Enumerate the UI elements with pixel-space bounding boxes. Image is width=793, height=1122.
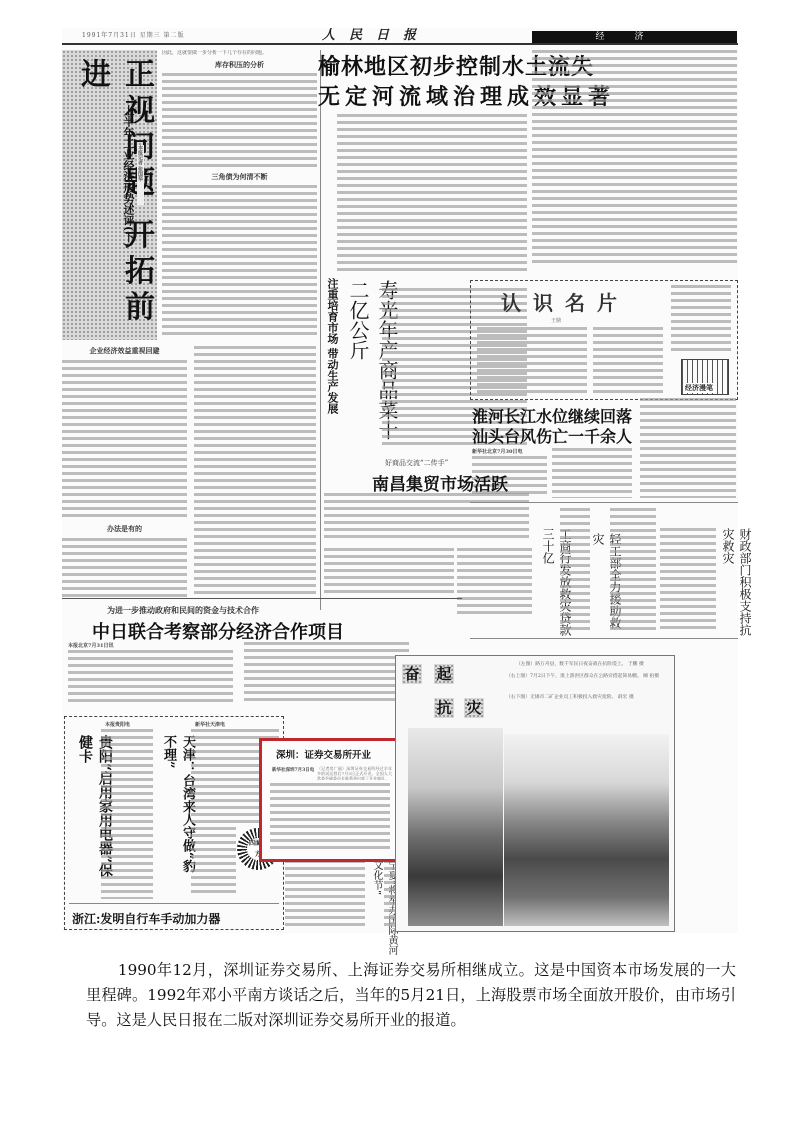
column-tag-box: 经济漫笔 bbox=[681, 359, 729, 395]
business-card-byline: 王鼎 bbox=[551, 317, 561, 324]
article-text bbox=[610, 508, 656, 633]
guiyang-byline: 本报贵阳电 bbox=[105, 721, 130, 728]
nanchang-headline: 南昌集贸市场活跃 bbox=[372, 470, 508, 495]
lead-byline: 本报记者 张国华 bbox=[137, 145, 144, 205]
zhejiang-headline: 浙江:发明自行车手动加力器 bbox=[72, 910, 220, 927]
article-text bbox=[324, 548, 454, 593]
article-text bbox=[337, 114, 527, 274]
lead-article-body: 因此，这就要做一步分析一下几个存在的问题。 库存积压的分析 三角债为何清不断 bbox=[162, 50, 317, 340]
article-text bbox=[457, 548, 532, 618]
article-text bbox=[560, 508, 590, 633]
article-text bbox=[593, 327, 663, 395]
article-text bbox=[162, 73, 317, 168]
article-text bbox=[162, 185, 317, 335]
lead-intro: 因此，这就要做一步分析一下几个存在的问题。 bbox=[162, 50, 317, 57]
business-card-column: 认识名片 王鼎 经济漫笔 bbox=[470, 280, 738, 400]
photo-title-char: 起 bbox=[434, 664, 454, 684]
dateline: 1991年7月31日 星期三 第二版 bbox=[82, 30, 185, 39]
photo-feature: 奋 起 抗 灾 （左图）路万舟县，数千军民日夜奋战在抗险堤上。 于鹏 摄 （右上… bbox=[395, 655, 675, 932]
article-text bbox=[532, 50, 737, 265]
article-text bbox=[62, 538, 187, 598]
article-text bbox=[191, 827, 236, 897]
article-text bbox=[640, 398, 736, 498]
caption-paragraph: 1990年12月，深圳证券交易所、上海证券交易所相继成立。这是中国资本市场发展的… bbox=[86, 958, 736, 1033]
photo-title-char: 奋 bbox=[402, 664, 422, 684]
sino-japan-kicker: 为进一步推动政府和民间的资金与技术合作 bbox=[107, 605, 259, 616]
rule bbox=[69, 903, 279, 904]
shenzhen-lead: （记者房广福）深圳证券交易所经过半年多的试运营后7月3日正式开业。全国人大常委会… bbox=[317, 766, 392, 780]
lead-headline: 正视问题 开拓前进 bbox=[70, 58, 158, 338]
sino-japan-byline: 本报北京7月31日讯 bbox=[68, 642, 113, 649]
article-text bbox=[244, 642, 409, 705]
section-tag: 经济 bbox=[532, 31, 737, 43]
business-card-headline: 认识名片 bbox=[501, 287, 629, 316]
newspaper-page: 1991年7月31日 星期三 第二版 人民日报 经济 正视问题 开拓前进 上半年… bbox=[62, 28, 738, 933]
photo-title-char: 抗 bbox=[434, 698, 454, 718]
huaihe-headline-2: 汕头台风伤亡一千余人 bbox=[472, 424, 632, 447]
article-text bbox=[270, 783, 390, 853]
article-text bbox=[660, 528, 716, 633]
local-news-box: 贵阳“启用家用电器”保健卡 本报贵阳电 天津：台湾来人守做“豹不理” 新华社天津… bbox=[64, 716, 284, 930]
section-heading: 三角债为何清不断 bbox=[162, 172, 317, 182]
section-heading: 办法是有的 bbox=[62, 524, 187, 534]
article-text bbox=[477, 327, 587, 395]
rule bbox=[470, 638, 738, 639]
huaihe-byline: 新华社北京7月30日电 bbox=[472, 448, 522, 455]
flood-photo-right bbox=[504, 734, 669, 926]
newspaper-name: 人民日报 bbox=[322, 24, 430, 43]
rule bbox=[62, 598, 462, 599]
rule bbox=[470, 502, 738, 503]
article-text bbox=[68, 650, 233, 705]
column-tag: 经济漫笔 bbox=[684, 383, 714, 393]
article-text bbox=[101, 729, 153, 899]
tianjin-byline: 新华社天津电 bbox=[195, 721, 225, 728]
shenzhen-byline: 新华社深圳7月3日电 bbox=[272, 767, 314, 773]
masthead-rule bbox=[62, 43, 738, 45]
article-text bbox=[62, 360, 187, 520]
caizheng-headline: 财政部门积极支持抗灾救灾 bbox=[720, 528, 754, 638]
lead-headline-block: 正视问题 开拓前进 上半年工业经济形势述评(下) 本报记者 张国华 bbox=[62, 50, 157, 340]
lead-subtitle: 上半年工业经济形势述评(下) bbox=[120, 105, 136, 275]
nanchang-kicker: 好商品交流“二传手” bbox=[385, 458, 448, 468]
article-text bbox=[285, 860, 365, 930]
section-heading: 库存积压的分析 bbox=[162, 60, 317, 70]
shenzhen-article-highlight: 深圳：证券交易所开业 新华社深圳7月3日电 （记者房广福）深圳证券交易所经过半年… bbox=[259, 738, 400, 862]
photo-caption: （左图）路万舟县，数千军民日夜奋战在抗险堤上。 于鹏 摄 bbox=[516, 661, 666, 668]
sino-japan-headline: 中日联合考察部分经济合作项目 bbox=[92, 618, 344, 644]
photo-title-char: 灾 bbox=[464, 698, 484, 718]
lead-article-continued: 企业经济效益重视回避 办法是有的 bbox=[62, 346, 187, 594]
photo-caption: （右上图）7月2日下午，淮上游洪区群众在公路旁搭起简易棚。 阚 拍摄 bbox=[506, 673, 666, 680]
photo-caption: （右下图）无锡市二矿企业员工积极投入救灾抢险。 薛宏 摄 bbox=[506, 694, 666, 701]
shouguang-kicker: 注重培育市场 带动生产发展 bbox=[324, 278, 340, 443]
article-text bbox=[671, 285, 731, 355]
column-rule bbox=[320, 50, 321, 610]
flood-photo-left bbox=[408, 728, 503, 926]
article-text bbox=[194, 346, 316, 594]
article-text bbox=[324, 493, 529, 538]
section-heading: 企业经济效益重视回避 bbox=[62, 346, 187, 356]
article-text bbox=[552, 448, 632, 498]
shenzhen-headline: 深圳：证券交易所开业 bbox=[276, 747, 371, 761]
